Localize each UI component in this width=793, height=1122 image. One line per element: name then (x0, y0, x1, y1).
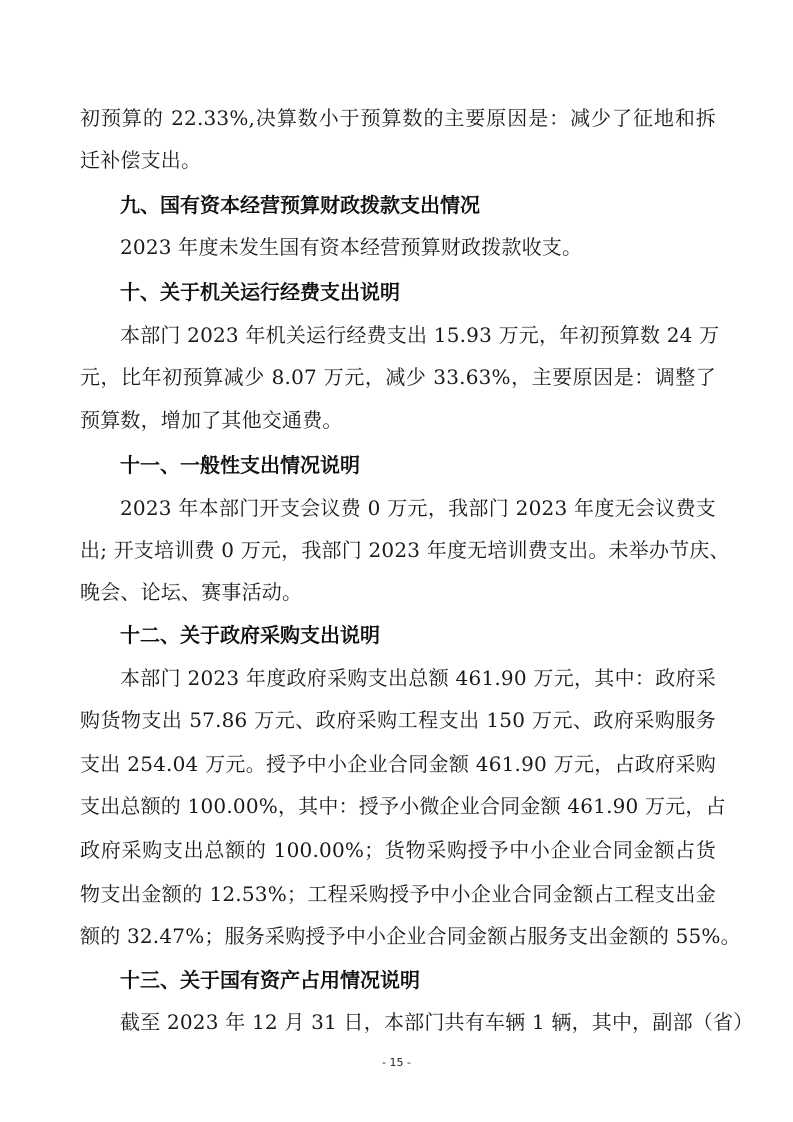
paragraph-line: 元，比年初预算减少 8.07 万元，减少 33.63%，主要原因是：调整了 (80, 363, 716, 391)
section-heading-10: 十、关于机关运行经费支出说明 (120, 278, 400, 306)
section-heading-13: 十三、关于国有资产占用情况说明 (120, 966, 420, 994)
paragraph-line: 本部门 2023 年机关运行经费支出 15.93 万元，年初预算数 24 万 (120, 321, 716, 349)
paragraph-line: 预算数，增加了其他交通费。 (80, 406, 716, 434)
section-heading-12: 十二、关于政府采购支出说明 (120, 621, 380, 649)
section-heading-9: 九、国有资本经营预算财政拨款支出情况 (120, 191, 480, 219)
paragraph-line: 截至 2023 年 12 月 31 日，本部门共有车辆 1 辆，其中，副部（省） (120, 1008, 716, 1036)
paragraph-line: 政府采购支出总额的 100.00%；货物采购授予中小企业合同金额占货 (80, 836, 716, 864)
document-page: 初预算的 22.33%,决算数小于预算数的主要原因是：减少了征地和拆 迁补偿支出… (0, 0, 793, 1122)
paragraph-line: 初预算的 22.33%,决算数小于预算数的主要原因是：减少了征地和拆 (80, 104, 716, 132)
paragraph-line: 额的 32.47%；服务采购授予中小企业合同金额占服务支出金额的 55%。 (80, 922, 716, 950)
paragraph-line: 2023 年度未发生国有资本经营预算财政拨款收支。 (120, 233, 716, 261)
paragraph-line: 迁补偿支出。 (80, 146, 716, 174)
paragraph-line: 晚会、论坛、赛事活动。 (80, 578, 716, 606)
section-heading-11: 十一、一般性支出情况说明 (120, 451, 360, 479)
paragraph-line: 物支出金额的 12.53%；工程采购授予中小企业合同金额占工程支出金 (80, 880, 716, 908)
paragraph-line: 出; 开支培训费 0 万元，我部门 2023 年度无培训费支出。未举办节庆、 (80, 536, 716, 564)
page-number: - 15 - (0, 1056, 793, 1069)
paragraph-line: 支出总额的 100.00%，其中：授予小微企业合同金额 461.90 万元，占 (80, 792, 716, 820)
paragraph-line: 2023 年本部门开支会议费 0 万元，我部门 2023 年度无会议费支 (120, 494, 716, 522)
paragraph-line: 购货物支出 57.86 万元、政府采购工程支出 150 万元、政府采购服务 (80, 706, 716, 734)
paragraph-line: 支出 254.04 万元。授予中小企业合同金额 461.90 万元，占政府采购 (80, 750, 716, 778)
paragraph-line: 本部门 2023 年度政府采购支出总额 461.90 万元，其中：政府采 (120, 664, 716, 692)
